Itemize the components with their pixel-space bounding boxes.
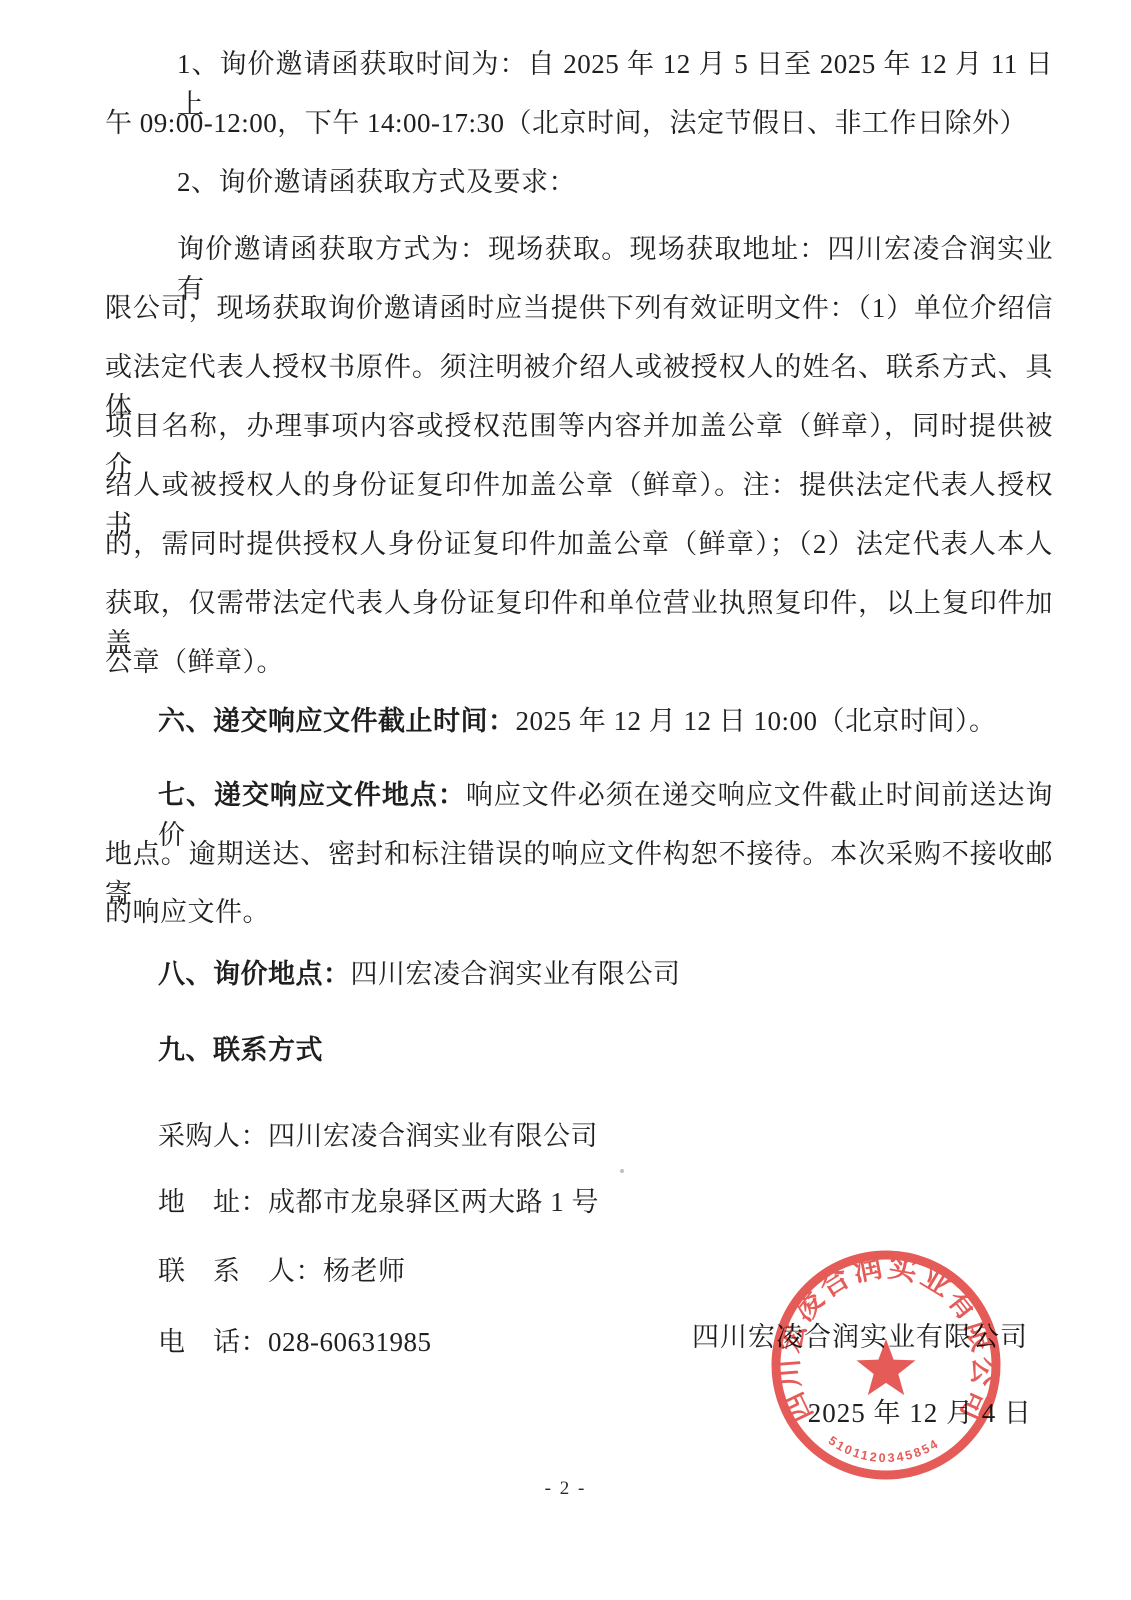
section-6-line: 六、递交响应文件截止时间：2025 年 12 月 12 日 10:00（北京时间… — [105, 701, 1053, 743]
seal-serial-number: 5101120345854 — [826, 1433, 942, 1465]
section-7-line-3: 的响应文件。 — [105, 892, 1053, 934]
section-9-heading: 九、联系方式 — [158, 1035, 323, 1065]
paragraph-line-5: 绍人或被授权人的身份证复印件加盖公章（鲜章）。注：提供法定代表人授权书 — [105, 465, 1053, 507]
body-line-item1-2: 午 09:00-12:00，下午 14:00-17:30（北京时间，法定节假日、… — [105, 103, 1053, 145]
paragraph-line-2: 限公司，现场获取询价邀请函时应当提供下列有效证明文件：（1）单位介绍信 — [105, 288, 1053, 330]
paragraph-line-1: 询价邀请函获取方式为：现场获取。现场获取地址：四川宏凌合润实业有 — [105, 229, 1053, 271]
section-8-text: 四川宏凌合润实业有限公司 — [351, 959, 681, 989]
company-seal-stamp: 四川宏凌合润实业有限公司 5101120345854 — [768, 1248, 1004, 1484]
section-7-heading: 七、递交响应文件地点： — [158, 780, 466, 810]
section-8-heading: 八、询价地点： — [158, 959, 351, 989]
svg-text:四川宏凌合润实业有限公司: 四川宏凌合润实业有限公司 — [772, 1250, 1000, 1427]
seal-company-arc-text: 四川宏凌合润实业有限公司 — [772, 1250, 1000, 1427]
contact-buyer: 采购人：四川宏凌合润实业有限公司 — [105, 1116, 1053, 1158]
section-7-line-2: 地点。逾期送达、密封和标注错误的响应文件构恕不接待。本次采购不接收邮寄 — [105, 834, 1053, 876]
section-6-text: 2025 年 12 月 12 日 10:00（北京时间）。 — [516, 706, 997, 736]
paragraph-line-7: 获取，仅需带法定代表人身份证复印件和单位营业执照复印件，以上复印件加盖 — [105, 583, 1053, 625]
body-line-item1-1: 1、询价邀请函获取时间为：自 2025 年 12 月 5 日至 2025 年 1… — [105, 44, 1053, 86]
seal-star-icon — [857, 1339, 916, 1395]
contact-address: 地 址：成都市龙泉驿区两大路 1 号 — [105, 1182, 1053, 1224]
paragraph-line-6: 的，需同时提供授权人身份证复印件加盖公章（鲜章）；（2）法定代表人本人 — [105, 524, 1053, 566]
paragraph-line-8: 公章（鲜章）。 — [105, 642, 1053, 684]
document-page: 1、询价邀请函获取时间为：自 2025 年 12 月 5 日至 2025 年 1… — [0, 0, 1131, 1600]
svg-text:5101120345854: 5101120345854 — [826, 1433, 942, 1465]
section-7-line-1: 七、递交响应文件地点：响应文件必须在递交响应文件截止时间前送达询价 — [105, 775, 1053, 817]
scan-noise-dot — [620, 1169, 624, 1173]
section-8-line: 八、询价地点：四川宏凌合润实业有限公司 — [105, 954, 1053, 996]
body-line-item2-heading: 2、询价邀请函获取方式及要求： — [105, 162, 1053, 204]
paragraph-line-3: 或法定代表人授权书原件。须注明被介绍人或被授权人的姓名、联系方式、具体 — [105, 347, 1053, 389]
section-9-line: 九、联系方式 — [105, 1030, 1053, 1072]
page-number: - 2 - — [0, 1478, 1131, 1500]
section-6-heading: 六、递交响应文件截止时间： — [158, 706, 516, 736]
paragraph-line-4: 项目名称，办理事项内容或授权范围等内容并加盖公章（鲜章），同时提供被介 — [105, 406, 1053, 448]
